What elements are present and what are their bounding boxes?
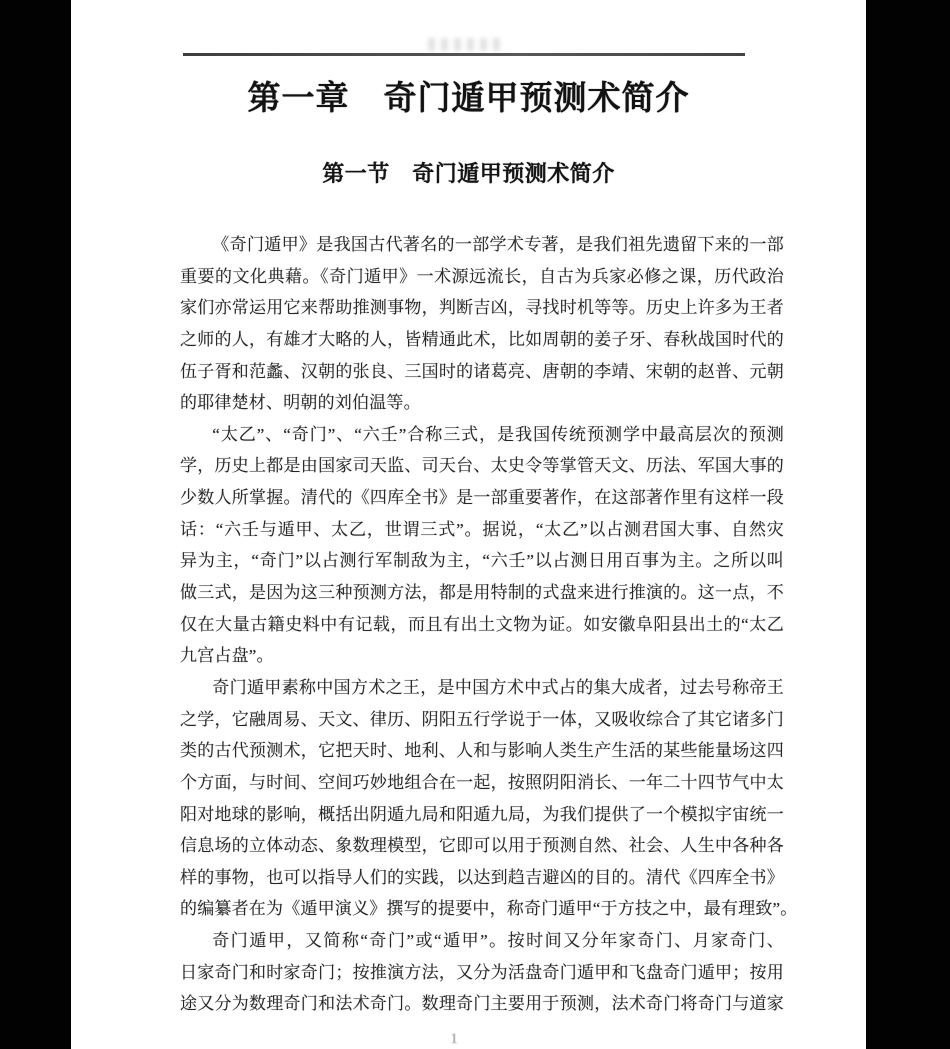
text-line: 家们亦常运用它来帮助推测事物，判断吉凶，寻找时机等等。历史上许多为王者 bbox=[180, 292, 784, 324]
text-line: 学，历史上都是由国家司天监、司天台、太史令等掌管天文、历法、军国大事的 bbox=[180, 450, 784, 482]
text-line: 伍子胥和范蠡、汉朝的张良、三国时的诸葛亮、唐朝的李靖、宋朝的赵普、元朝 bbox=[180, 356, 784, 388]
text-line: 话：“六壬与遁甲、太乙，世谓三式”。据说，“太乙”以占测君国大事、自然灾 bbox=[180, 514, 784, 546]
scan-border-left bbox=[0, 0, 71, 1049]
text-line: 的耶律楚材、明朝的刘伯温等。 bbox=[180, 387, 784, 419]
body-text: 《奇门遁甲》是我国古代著名的一部学术专著，是我们祖先遗留下来的一部重要的文化典藉… bbox=[180, 229, 784, 1020]
section-title: 第一节 奇门遁甲预测术简介 bbox=[71, 157, 866, 188]
text-line: 做三式，是因为这三种预测方法，都是用特制的式盘来进行推演的。这一点，不 bbox=[180, 577, 784, 609]
text-line: 奇门遁甲素称中国方术之王，是中国方术中式占的集大成者，过去号称帝王 bbox=[180, 672, 784, 704]
text-line: “太乙”、“奇门”、“六壬”合称三式，是我国传统预测学中最高层次的预测 bbox=[180, 419, 784, 451]
text-line: 日家奇门和时家奇门；按推演方法，又分为活盘奇门遁甲和飞盘奇门遁甲；按用 bbox=[180, 957, 784, 989]
text-line: 信息场的立体动态、象数理模型，它即可以用于预测自然、社会、人生中各种各 bbox=[180, 830, 784, 862]
text-line: 样的事物，也可以指导人们的实践，以达到趋吉避凶的目的。清代《四库全书》 bbox=[180, 862, 784, 894]
text-line: 奇门遁甲，又简称“奇门”或“遁甲”。按时间又分年家奇门、月家奇门、 bbox=[180, 925, 784, 957]
text-line: 阳对地球的影响，概括出阴遁九局和阳遁九局，为我们提供了一个模拟宇宙统一 bbox=[180, 799, 784, 831]
text-line: 途又分为数理奇门和法术奇门。数理奇门主要用于预测，法术奇门将奇门与道家 bbox=[180, 988, 784, 1020]
text-line: 的编纂者在为《遁甲演义》撰写的提要中，称奇门遁甲“于方技之中，最有理致”。 bbox=[180, 893, 784, 925]
text-line: 之学，它融周易、天文、律历、阴阳五行学说于一体，又吸收综合了其它诸多门 bbox=[180, 704, 784, 736]
scan-border-right bbox=[866, 0, 950, 1049]
text-line: 之师的人，有雄才大略的人，皆精通此术，比如周朝的姜子牙、春秋战国时代的 bbox=[180, 324, 784, 356]
text-line: 少数人所掌握。清代的《四库全书》是一部重要著作，在这部著作里有这样一段 bbox=[180, 482, 784, 514]
scanned-book-page: 第一章 奇门遁甲预测术简介 第一节 奇门遁甲预测术简介 《奇门遁甲》是我国古代著… bbox=[0, 0, 950, 1049]
text-line: 重要的文化典藉。《奇门遁甲》一术源远流长，自古为兵家必修之课，历代政治 bbox=[180, 261, 784, 293]
text-line: 仅在大量古籍史料中有记载，而且有出土文物为证。如安徽阜阳县出土的“太乙 bbox=[180, 609, 784, 641]
header-rule bbox=[183, 53, 745, 56]
text-line: 异为主，“奇门”以占测行军制敌为主，“六壬”以占测日用百事为主。之所以叫 bbox=[180, 545, 784, 577]
text-line: 类的古代预测术，它把天时、地利、人和与影响人类生产生活的某些能量场这四 bbox=[180, 735, 784, 767]
page-number: 1 bbox=[444, 1031, 464, 1048]
faded-header-artifact bbox=[428, 38, 504, 51]
chapter-title: 第一章 奇门遁甲预测术简介 bbox=[71, 72, 866, 119]
text-line: 个方面，与时间、空间巧妙地组合在一起，按照阴阳消长、一年二十四节气中太 bbox=[180, 767, 784, 799]
text-line: 九宫占盘”。 bbox=[180, 640, 784, 672]
text-line: 《奇门遁甲》是我国古代著名的一部学术专著，是我们祖先遗留下来的一部 bbox=[180, 229, 784, 261]
